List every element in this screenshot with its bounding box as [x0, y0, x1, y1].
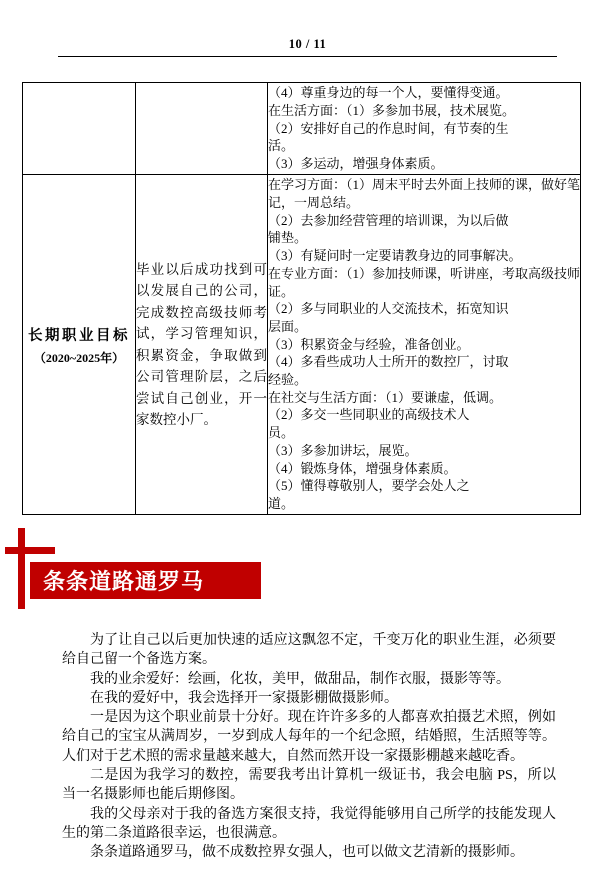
plan-line: 经验。: [268, 371, 580, 389]
stage-title: 长期职业目标: [23, 324, 135, 345]
page-number: 10 / 11: [58, 37, 557, 52]
section-title: 条条道路通罗马: [43, 565, 204, 596]
plan-line: （2）安排好自己的作息时间，有节奏的生: [268, 120, 580, 138]
plan-cell-longterm: 在学习方面：（1）周末平时去外面上技师的课，做好笔记，一周总结。（2）去参加经营…: [268, 175, 581, 515]
goal-cell-longterm: 毕业以后成功找到可以发展自己的公司，完成数控高级技师考试，学习管理知识，积累资金…: [136, 175, 268, 515]
essay-text: 为了让自己以后更加快速的适应这飘忽不定，千变万化的职业生涯，必须要给自己留一个备…: [62, 631, 556, 863]
essay-paragraph: 我的业余爱好：绘画，化妆，美甲，做甜品，制作衣服，摄影等等。: [62, 670, 556, 689]
document-page: 10 / 11 （4）尊重身边的每一个人，要懂得变通。在生活方面：（1）多参加书…: [0, 0, 600, 878]
plan-line: （5）懂得尊敬别人，要学会处人之: [268, 477, 580, 495]
essay-paragraph: 为了让自己以后更加快速的适应这飘忽不定，千变万化的职业生涯，必须要给自己留一个备…: [62, 631, 556, 670]
goal-cell-empty: [136, 83, 268, 175]
plan-line: （4）尊重身边的每一个人，要懂得变通。: [268, 84, 580, 102]
plan-line: 道。: [268, 495, 580, 513]
plan-line: 在专业方面：（1）参加技师课，听讲座，考取高级技师: [268, 265, 580, 283]
stage-cell-empty: [23, 83, 136, 175]
plan-line: （3）积累资金与经验，准备创业。: [268, 336, 580, 354]
plan-line: 在生活方面：（1）多参加书展，技术展览。: [268, 102, 580, 120]
header-divider: [58, 56, 557, 57]
table-row-longterm: 长期职业目标 （2020~2025年） 毕业以后成功找到可以发展自己的公司，完成…: [23, 175, 581, 515]
plan-line: （2）去参加经营管理的培训课，为以后做: [268, 212, 580, 230]
plan-line: 记，一周总结。: [268, 194, 580, 212]
plan-line: 层面。: [268, 318, 580, 336]
section-banner: 条条道路通罗马: [30, 562, 261, 599]
table-row-continuation: （4）尊重身边的每一个人，要懂得变通。在生活方面：（1）多参加书展，技术展览。（…: [23, 83, 581, 175]
plan-line: 活。: [268, 137, 580, 155]
plan-line: （3）有疑问时一定要请教身边的同事解决。: [268, 247, 580, 265]
plan-line: 铺垫。: [268, 229, 580, 247]
plan-line: 证。: [268, 283, 580, 301]
cross-decoration-horizontal-bar: [5, 547, 55, 554]
essay-paragraph: 在我的爱好中，我会选择开一家摄影棚做摄影师。: [62, 689, 556, 708]
stage-period: （2020~2025年）: [23, 349, 135, 366]
plan-line: 在学习方面：（1）周末平时去外面上技师的课，做好笔: [268, 176, 580, 194]
plan-line: （4）锻炼身体，增强身体素质。: [268, 460, 580, 478]
cross-decoration-vertical-bar: [18, 528, 25, 609]
plan-line: （2）多与同职业的人交流技术，拓宽知识: [268, 300, 580, 318]
plan-line: （3）多参加讲坛，展览。: [268, 442, 580, 460]
essay-paragraph: 二是因为我学习的数控，需要我考出计算机一级证书，我会电脑 PS，所以当一名摄影师…: [62, 766, 556, 805]
plan-line: （2）多交一些同职业的高级技术人: [268, 406, 580, 424]
essay-paragraph: 我的父母亲对于我的备选方案很支持，我觉得能够用自己所学的技能发现人生的第二条道路…: [62, 805, 556, 844]
plan-line: 在社交与生活方面：（1）要谦虚，低调。: [268, 389, 580, 407]
plan-line: （4）多看些成功人士所开的数控厂，讨取: [268, 353, 580, 371]
essay-paragraph: 一是因为这个职业前景十分好。现在许许多多的人都喜欢拍摄艺术照，例如给自己的宝宝从…: [62, 708, 556, 766]
plan-line: （3）多运动，增强身体素质。: [268, 155, 580, 173]
plan-line: 员。: [268, 424, 580, 442]
stage-cell-longterm: 长期职业目标 （2020~2025年）: [23, 175, 136, 515]
plan-cell-continuation: （4）尊重身边的每一个人，要懂得变通。在生活方面：（1）多参加书展，技术展览。（…: [268, 83, 581, 175]
essay-paragraph: 条条道路通罗马，做不成数控界女强人，也可以做文艺清新的摄影师。: [62, 843, 556, 862]
career-plan-table: （4）尊重身边的每一个人，要懂得变通。在生活方面：（1）多参加书展，技术展览。（…: [22, 82, 581, 515]
